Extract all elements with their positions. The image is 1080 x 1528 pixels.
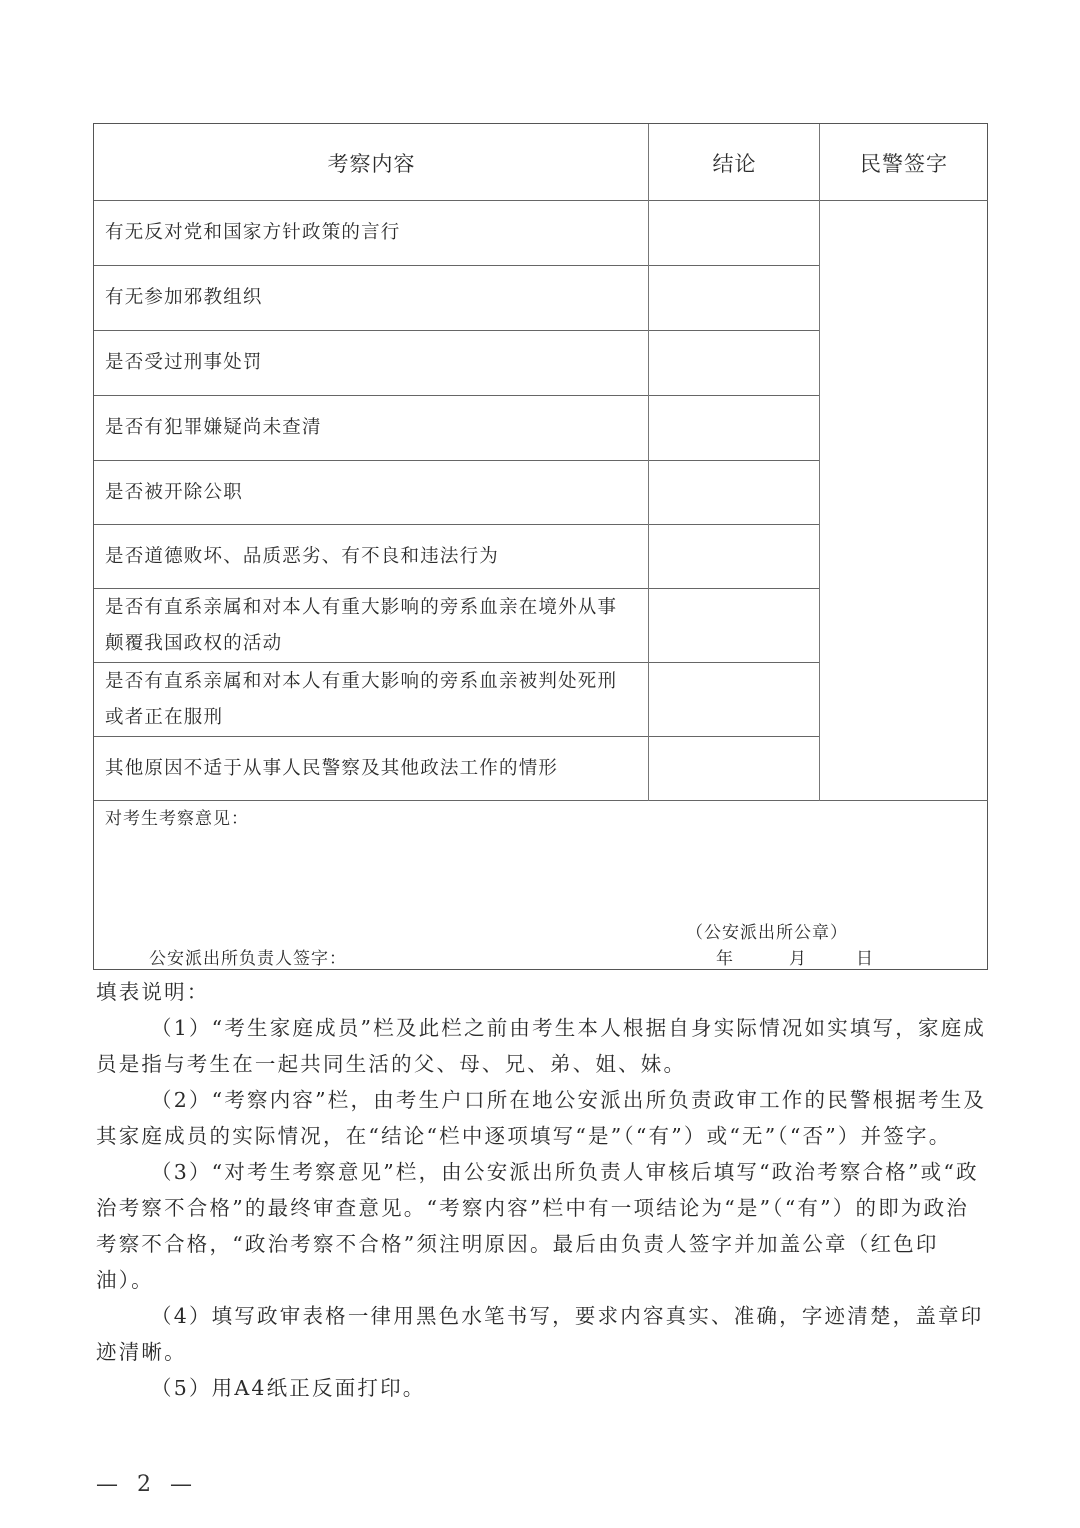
review-item-4: 是否被开除公职 <box>105 461 640 524</box>
review-item-0: 有无反对党和国家方针政策的言行 <box>105 201 640 265</box>
column-divider <box>648 124 649 801</box>
filling-instructions: 填表说明： （1）“考生家庭成员”栏及此栏之前由考生本人根据自身实际情况如实填写… <box>96 974 988 1406</box>
page-number: — 2 — <box>96 1472 198 1497</box>
conclusion-field-6[interactable] <box>650 590 818 661</box>
conclusion-field-0[interactable] <box>650 202 818 264</box>
header-conclusion: 结论 <box>649 124 820 201</box>
header-police-signature: 民警签字 <box>820 124 988 201</box>
supervisor-signature-label: 公安派出所负责人签字： <box>149 944 347 969</box>
review-item-3: 是否有犯罪嫌疑尚未查清 <box>105 396 640 460</box>
header-content: 考察内容 <box>94 124 649 201</box>
instruction-item-1: （1）“考生家庭成员”栏及此栏之前由考生本人根据自身实际情况如实填写，家庭成员是… <box>96 1010 988 1082</box>
review-item-8: 其他原因不适于从事人民警察及其他政法工作的情形 <box>105 737 640 800</box>
column-divider <box>819 124 820 801</box>
instruction-item-2: （2）“考察内容”栏，由考生户口所在地公安派出所负责政审工作的民警根据考生及其家… <box>96 1082 988 1154</box>
conclusion-field-4[interactable] <box>650 462 818 523</box>
review-item-7: 是否有直系亲属和对本人有重大影响的旁系血亲被判处死刑或者正在服刑 <box>105 663 635 736</box>
opinion-label: 对考生考察意见： <box>105 804 249 829</box>
opinion-field[interactable] <box>105 830 975 910</box>
instruction-item-5: （5）用A4纸正反面打印。 <box>96 1370 988 1406</box>
stamp-label: （公安派出所公章） <box>686 918 848 943</box>
review-item-1: 有无参加邪教组织 <box>105 266 640 330</box>
conclusion-field-3[interactable] <box>650 397 818 459</box>
conclusion-field-5[interactable] <box>650 526 818 587</box>
instruction-item-4: （4）填写政审表格一律用黑色水笔书写，要求内容真实、准确，字迹清楚，盖章印迹清晰… <box>96 1298 988 1370</box>
review-item-2: 是否受过刑事处罚 <box>105 331 640 395</box>
date-day-label: 日 <box>856 944 873 969</box>
date-row: 年 月 日 <box>716 944 873 969</box>
date-year-label: 年 <box>716 944 789 969</box>
conclusion-field-8[interactable] <box>650 738 818 799</box>
political-review-table: 考察内容 结论 民警签字 有无反对党和国家方针政策的言行 有无参加邪教组织 是否… <box>93 123 988 970</box>
conclusion-field-2[interactable] <box>650 332 818 394</box>
conclusion-field-1[interactable] <box>650 267 818 329</box>
police-signature-field[interactable] <box>821 202 986 799</box>
conclusion-field-7[interactable] <box>650 664 818 735</box>
review-item-5: 是否道德败坏、品质恶劣、有不良和违法行为 <box>105 525 640 588</box>
instruction-item-3: （3）“对考生考察意见”栏，由公安派出所负责人审核后填写“政治考察合格”或“政治… <box>96 1154 988 1298</box>
opinion-divider <box>94 800 988 801</box>
review-item-6: 是否有直系亲属和对本人有重大影响的旁系血亲在境外从事颠覆我国政权的活动 <box>105 589 635 662</box>
instructions-title: 填表说明： <box>96 974 988 1010</box>
date-month-label: 月 <box>789 944 856 969</box>
